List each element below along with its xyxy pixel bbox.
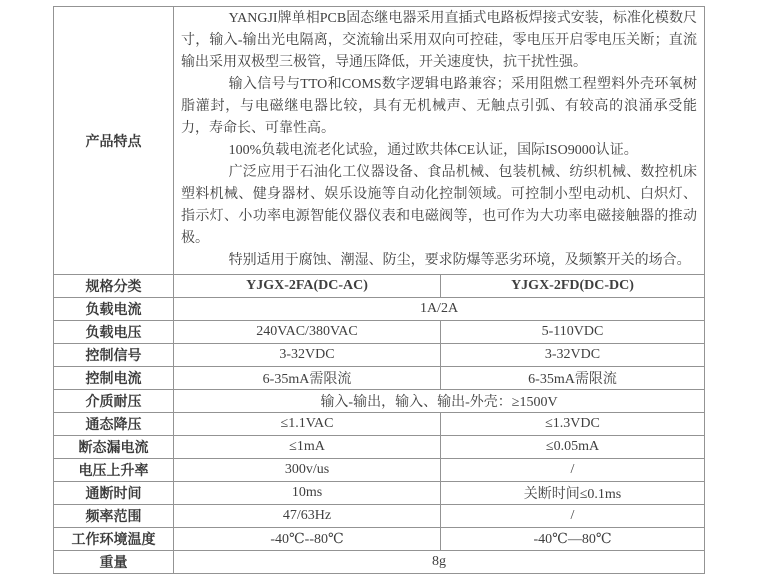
feature-row: 产品特点 YANGJI牌单相PCB固态继电器采用直插式电路板焊接式安装，标准化模… [54, 7, 705, 275]
table-row-on-state-drop: 通态降压 ≤1.1VAC ≤1.3VDC [54, 413, 705, 436]
table-row-control-signal: 控制信号 3-32VDC 3-32VDC [54, 344, 705, 367]
row-label: 通断时间 [54, 482, 174, 505]
row-label: 规格分类 [54, 275, 174, 298]
row-label: 通态降压 [54, 413, 174, 436]
table-row-ambient-temp: 工作环境温度 -40℃--80℃ -40℃—80℃ [54, 528, 705, 551]
table-row-load-current: 负载电流 1A/2A [54, 298, 705, 321]
value-cell: / [441, 505, 705, 528]
row-label: 负载电流 [54, 298, 174, 321]
table-row-dielectric: 介质耐压 输入-输出，输入、输出-外壳：≥1500V [54, 390, 705, 413]
table-row-dv-dt: 电压上升率 300v/us / [54, 459, 705, 482]
product-spec-table: 产品特点 YANGJI牌单相PCB固态继电器采用直插式电路板焊接式安装，标准化模… [53, 6, 705, 551]
value-cell: 240VAC/380VAC [174, 321, 441, 344]
value-span-cell: 1A/2A [174, 298, 705, 321]
value-cell: -40℃—80℃ [441, 528, 705, 551]
feature-paragraph: YANGJI牌单相PCB固态继电器采用直插式电路板焊接式安装，标准化模数尺寸，输… [181, 8, 697, 74]
table-row-switch-time: 通断时间 10ms 关断时间≤0.1ms [54, 482, 705, 505]
table-row-leakage: 断态漏电流 ≤1mA ≤0.05mA [54, 436, 705, 459]
table-row-load-voltage: 负载电压 240VAC/380VAC 5-110VDC [54, 321, 705, 344]
value-cell: 3-32VDC [441, 344, 705, 367]
row-label: 控制信号 [54, 344, 174, 367]
value-cell: -40℃--80℃ [174, 528, 441, 551]
value-cell: ≤0.05mA [441, 436, 705, 459]
feature-text-cell: YANGJI牌单相PCB固态继电器采用直插式电路板焊接式安装，标准化模数尺寸，输… [174, 7, 705, 275]
value-cell: 10ms [174, 482, 441, 505]
table-row-frequency: 频率范围 47/63Hz / [54, 505, 705, 528]
table-row-control-current: 控制电流 6-35mA需限流 6-35mA需限流 [54, 367, 705, 390]
row-label: 介质耐压 [54, 390, 174, 413]
row-label: 频率范围 [54, 505, 174, 528]
value-cell: / [441, 459, 705, 482]
table-row-model: 规格分类 YJGX-2FA(DC-AC) YJGX-2FD(DC-DC) [54, 275, 705, 298]
row-label: 电压上升率 [54, 459, 174, 482]
row-label: 断态漏电流 [54, 436, 174, 459]
row-label: 负载电压 [54, 321, 174, 344]
value-cell: ≤1.3VDC [441, 413, 705, 436]
feature-row-label: 产品特点 [54, 7, 174, 275]
model-ac-cell: YJGX-2FA(DC-AC) [174, 275, 441, 298]
value-cell: ≤1.1VAC [174, 413, 441, 436]
value-cell: 关断时间≤0.1ms [441, 482, 705, 505]
value-cell: 6-35mA需限流 [441, 367, 705, 390]
value-cell: 47/63Hz [174, 505, 441, 528]
value-cell: 5-110VDC [441, 321, 705, 344]
value-cell: 3-32VDC [174, 344, 441, 367]
value-cell: 6-35mA需限流 [174, 367, 441, 390]
feature-paragraph: 特别适用于腐蚀、潮湿、防尘，要求防爆等恶劣环境，及频繁开关的场合。 [181, 250, 697, 272]
value-span-cell: 输入-输出，输入、输出-外壳：≥1500V [174, 390, 705, 413]
model-dc-cell: YJGX-2FD(DC-DC) [441, 275, 705, 298]
value-cell: ≤1mA [174, 436, 441, 459]
value-cell: 300v/us [174, 459, 441, 482]
row-label: 工作环境温度 [54, 528, 174, 551]
feature-paragraph: 广泛应用于石油化工仪器设备、食品机械、包装机械、纺织机械、数控机床塑料机械、健身… [181, 162, 697, 250]
feature-paragraph: 输入信号与TTO和COMS数字逻辑电路兼容；采用阻燃工程塑料外壳环氧树脂灌封，与… [181, 74, 697, 140]
feature-paragraph: 100%负载电流老化试验，通过欧共体CE认证，国际ISO9000认证。 [181, 140, 697, 162]
row-label: 控制电流 [54, 367, 174, 390]
